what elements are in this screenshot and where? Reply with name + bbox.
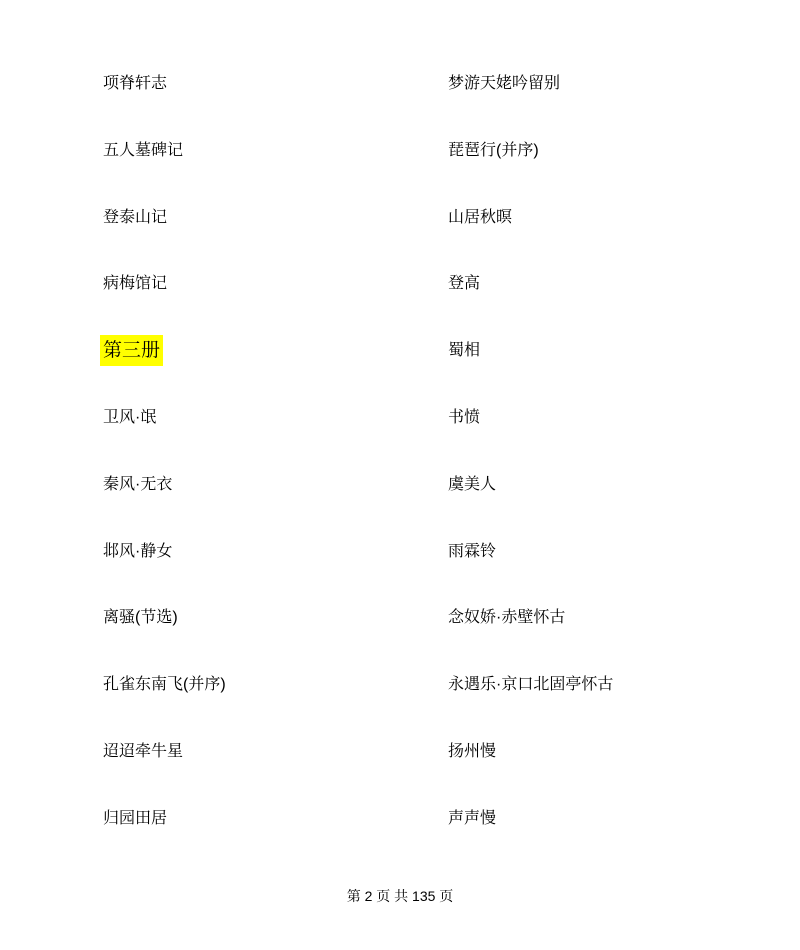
work-title-left: 登泰山记 bbox=[103, 202, 448, 233]
work-title-left: 秦风·无衣 bbox=[103, 469, 448, 500]
list-row: 第三册 蜀相 bbox=[103, 335, 763, 402]
work-title-right: 书愤 bbox=[448, 402, 763, 433]
list-row: 孔雀东南飞(并序) 永遇乐·京口北固亭怀古 bbox=[103, 669, 763, 736]
work-title-right: 虞美人 bbox=[448, 469, 763, 500]
list-row: 迢迢牵牛星 扬州慢 bbox=[103, 736, 763, 803]
work-title-left: 邶风·静女 bbox=[103, 536, 448, 567]
work-title-right: 登高 bbox=[448, 268, 763, 299]
work-title-right: 念奴娇·赤壁怀古 bbox=[448, 602, 763, 633]
work-title-right: 声声慢 bbox=[448, 803, 763, 834]
work-title-right: 雨霖铃 bbox=[448, 536, 763, 567]
work-title-right: 永遇乐·京口北固亭怀古 bbox=[448, 669, 763, 700]
work-title-left: 迢迢牵牛星 bbox=[103, 736, 448, 767]
list-row: 卫风·氓 书愤 bbox=[103, 402, 763, 469]
work-title-left: 卫风·氓 bbox=[103, 402, 448, 433]
work-title-right: 山居秋暝 bbox=[448, 202, 763, 233]
section-heading-highlighted: 第三册 bbox=[100, 335, 163, 366]
list-row: 项脊轩志 梦游天姥吟留别 bbox=[103, 68, 763, 135]
page-number-text: 第 2 页 共 135 页 bbox=[347, 888, 454, 904]
list-row: 病梅馆记 登高 bbox=[103, 268, 763, 335]
list-row: 邶风·静女 雨霖铃 bbox=[103, 536, 763, 603]
list-row: 归园田居 声声慢 bbox=[103, 803, 763, 870]
page-footer: 第 2 页 共 135 页 bbox=[0, 881, 800, 912]
work-title-right: 琵琶行(并序) bbox=[448, 135, 763, 166]
work-title-left: 病梅馆记 bbox=[103, 268, 448, 299]
document-page: { "page": { "background": "#ffffff", "te… bbox=[0, 0, 800, 950]
works-list: 项脊轩志 梦游天姥吟留别 五人墓碑记 琵琶行(并序) 登泰山记 山居秋暝 病梅馆… bbox=[103, 68, 763, 870]
work-title-left: 项脊轩志 bbox=[103, 68, 448, 99]
list-row: 秦风·无衣 虞美人 bbox=[103, 469, 763, 536]
work-title-right: 扬州慢 bbox=[448, 736, 763, 767]
list-row: 五人墓碑记 琵琶行(并序) bbox=[103, 135, 763, 202]
work-title-left: 孔雀东南飞(并序) bbox=[103, 669, 448, 700]
work-title-left: 离骚(节选) bbox=[103, 602, 448, 633]
work-title-left: 五人墓碑记 bbox=[103, 135, 448, 166]
list-row: 登泰山记 山居秋暝 bbox=[103, 202, 763, 269]
list-row: 离骚(节选) 念奴娇·赤壁怀古 bbox=[103, 602, 763, 669]
work-title-left: 归园田居 bbox=[103, 803, 448, 834]
work-title-right: 蜀相 bbox=[448, 335, 763, 366]
work-title-left: 第三册 bbox=[103, 335, 448, 367]
work-title-right: 梦游天姥吟留别 bbox=[448, 68, 763, 99]
